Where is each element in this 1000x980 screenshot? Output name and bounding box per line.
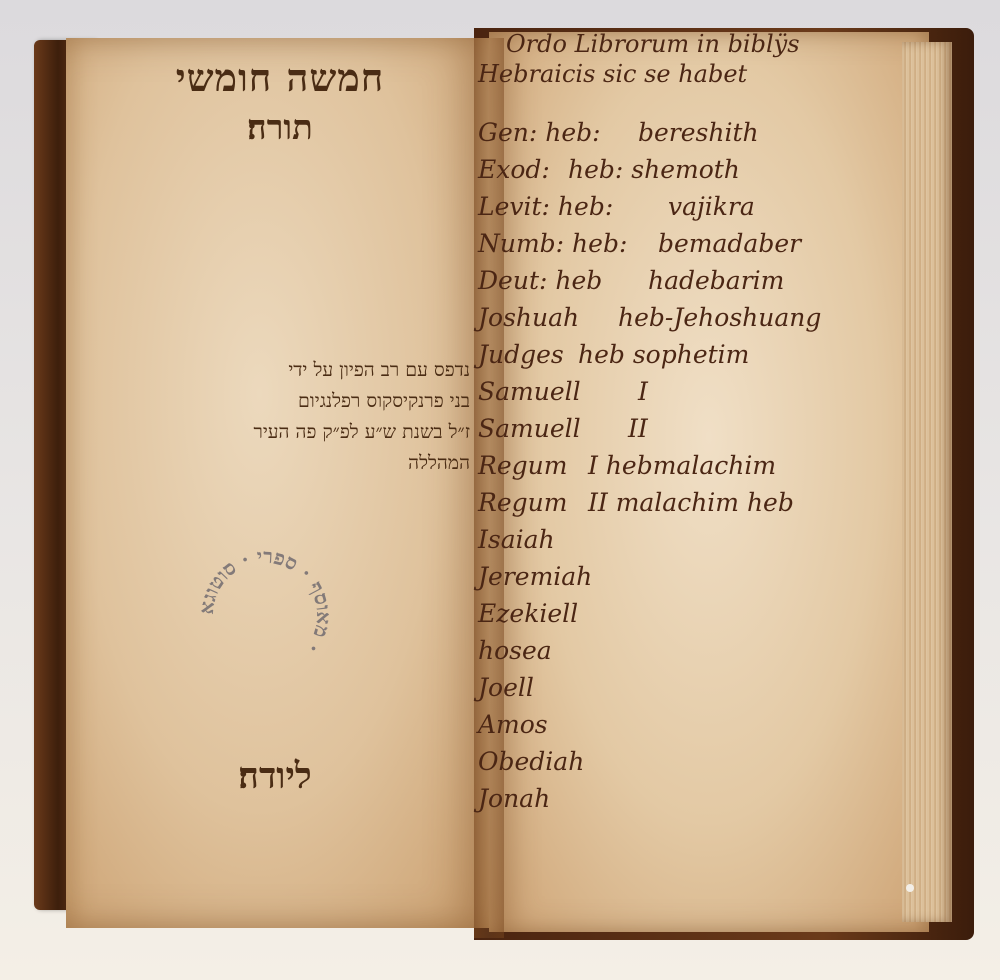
- hebrew-book-name: bemadaber: [658, 229, 801, 258]
- latin-book-name: hosea: [478, 636, 552, 665]
- imprint-line: נדפס עם רב הפיון על ידי: [90, 355, 470, 386]
- footer-hebrew: ליודה׃: [195, 755, 355, 797]
- latin-book-name: Judges: [478, 340, 564, 369]
- latin-book-name: Isaiah: [478, 525, 555, 554]
- book-list-item: Gen: heb:bereshith: [478, 118, 627, 155]
- stamp-ring-icon: מאוסף · ספרי · סוטוגא ·: [190, 540, 340, 690]
- latin-book-name: Joell: [478, 673, 534, 702]
- book-list-item: RegumII malachim heb: [478, 488, 627, 525]
- book-list-item: RegumI hebmalachim: [478, 451, 627, 488]
- latin-book-name: Regum: [478, 488, 567, 517]
- hebrew-book-name: bereshith: [638, 118, 759, 147]
- latin-book-name: Samuell: [478, 377, 581, 406]
- latin-book-name: Levit: heb:: [478, 192, 613, 221]
- hebrew-book-name: heb-Jehoshuang: [618, 303, 821, 332]
- hebrew-book-name: vajikra: [668, 192, 755, 221]
- book-list-item: Obediah: [478, 747, 627, 784]
- latin-book-name: Amos: [478, 710, 548, 739]
- book-list-item: Numb: heb:bemadaber: [478, 229, 627, 266]
- hebrew-book-name: heb: shemoth: [568, 155, 740, 184]
- hebrew-book-name: II malachim heb: [588, 488, 794, 517]
- latin-book-name: Deut: heb: [478, 266, 602, 295]
- stamp-text: מאוסף · ספרי · סוטוגא ·: [194, 544, 336, 658]
- book-list-item: SamuellI: [478, 377, 627, 414]
- book-list-item: Deut: hebhadebarim: [478, 266, 627, 303]
- book-list-item: Joell: [478, 673, 627, 710]
- book-list-item: Isaiah: [478, 525, 627, 562]
- imprint-line: המהללה: [90, 448, 470, 479]
- latin-book-name: Samuell: [478, 414, 581, 443]
- latin-book-name: Gen: heb:: [478, 118, 601, 147]
- book-list-item: Levit: heb:vajikra: [478, 192, 627, 229]
- latin-book-name: Jeremiah: [478, 562, 592, 591]
- latin-book-name: Regum: [478, 451, 567, 480]
- imprint-line: בני פרנקיסקוס רפלנגיום: [90, 386, 470, 417]
- book-list-item: Amos: [478, 710, 627, 747]
- latin-book-name: Numb: heb:: [478, 229, 627, 258]
- imprint-line: ז״ל בשנת ש״ע לפ״ק פה העיר: [90, 417, 470, 448]
- title-line-1: חמשה חומשי: [120, 55, 440, 101]
- heading-line-1: Ordo Librorum in biblÿs: [506, 30, 800, 58]
- latin-book-name: Joshuah: [478, 303, 579, 332]
- latin-book-name: Jonah: [478, 784, 550, 813]
- latin-book-name: Obediah: [478, 747, 584, 776]
- hebrew-book-name: I: [638, 377, 648, 406]
- book-list-item: SamuellII: [478, 414, 627, 451]
- book-list-item: Jeremiah: [478, 562, 627, 599]
- hebrew-book-name: heb sophetim: [578, 340, 749, 369]
- hebrew-book-name: II: [628, 414, 648, 443]
- latin-book-name: Exod:: [478, 155, 550, 184]
- library-stamp: מאוסף · ספרי · סוטוגא ·: [190, 540, 340, 690]
- title-line-2: תורה׃: [200, 108, 360, 148]
- book-list-item: Joshuahheb-Jehoshuang: [478, 303, 627, 340]
- heading-line-2: Hebraicis sic se habet: [478, 60, 747, 88]
- hebrew-book-name: hadebarim: [648, 266, 784, 295]
- book-list-item: hosea: [478, 636, 627, 673]
- latin-book-name: Ezekiell: [478, 599, 578, 628]
- book-list-item: Jonah: [478, 784, 627, 821]
- page-edges: [902, 42, 952, 922]
- imprint-block: נדפס עם רב הפיון על ידי בני פרנקיסקוס רפ…: [90, 355, 470, 479]
- hebrew-book-name: I hebmalachim: [588, 451, 776, 480]
- book-list: Gen: heb:bereshithExod:heb: shemothLevit…: [478, 118, 627, 821]
- book-list-item: Exod:heb: shemoth: [478, 155, 627, 192]
- book-list-item: Judgesheb sophetim: [478, 340, 627, 377]
- paper-speck: [906, 884, 914, 892]
- book-list-item: Ezekiell: [478, 599, 627, 636]
